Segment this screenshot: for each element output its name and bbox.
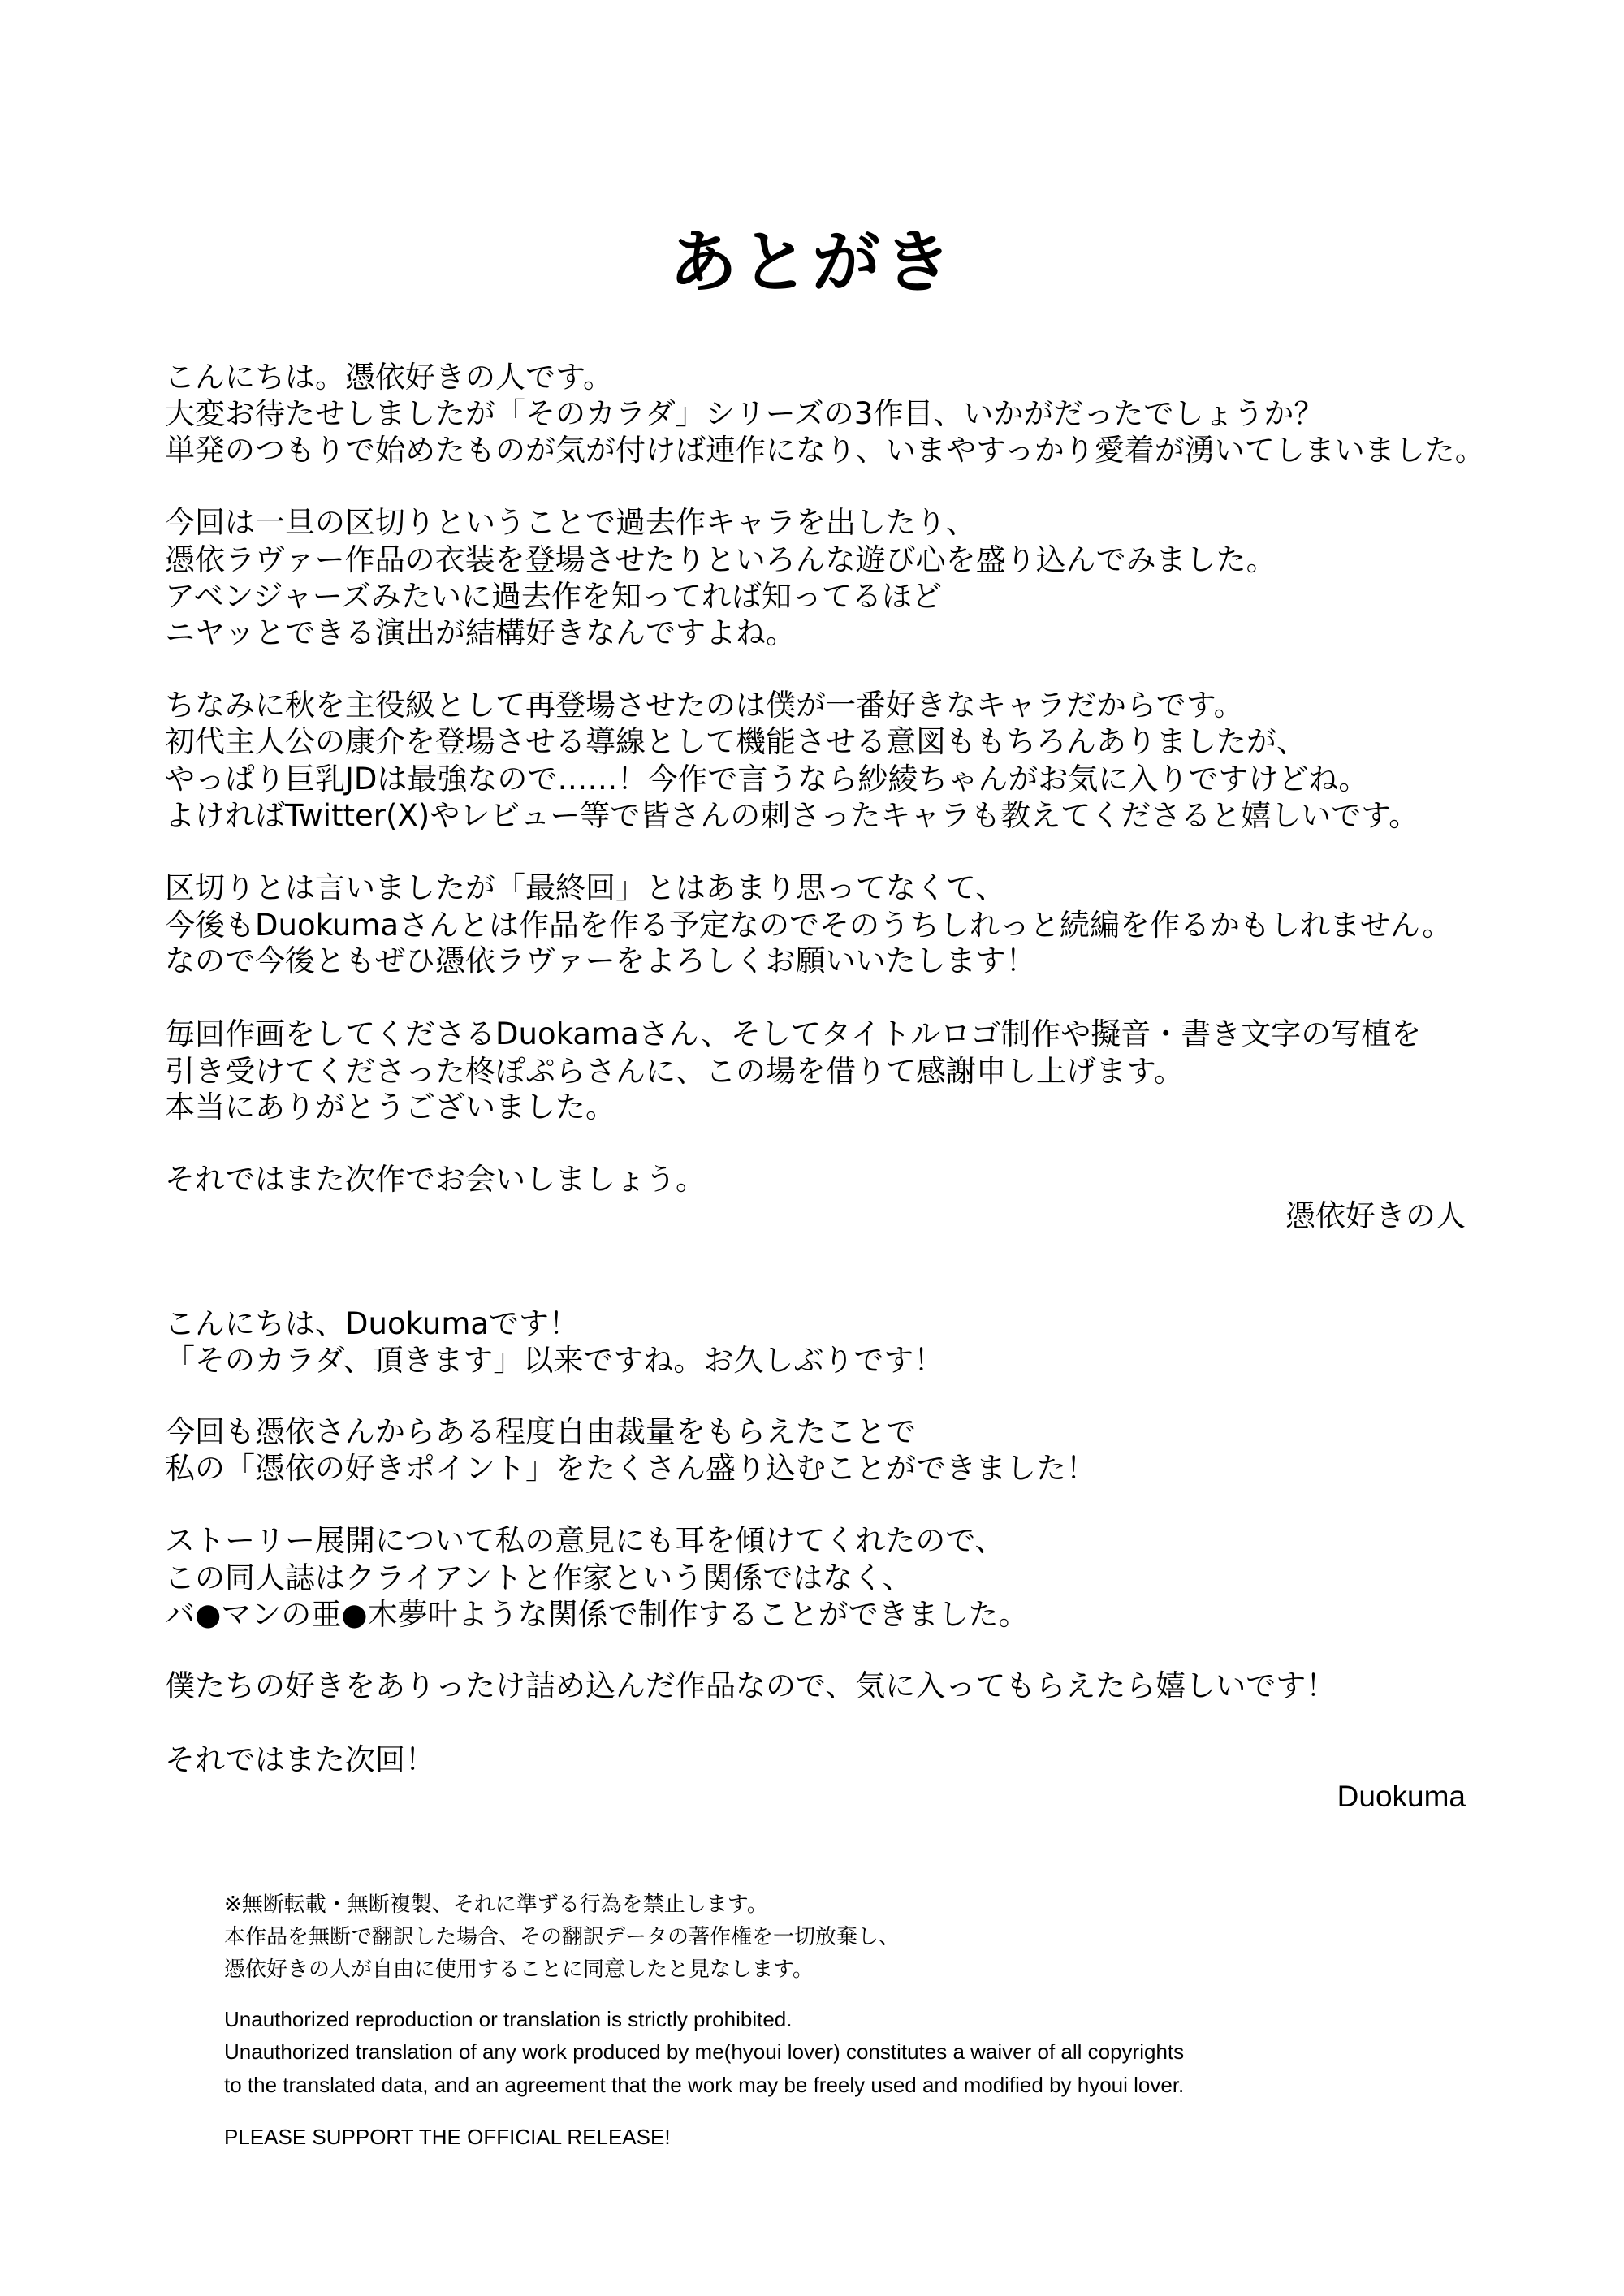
text-line: それではまた次作でお会いしましょう。 bbox=[165, 1161, 706, 1198]
text-line: 私の「憑依の好きポイント」をたくさん盛り込むことができました！ bbox=[165, 1450, 1096, 1487]
notice-jp-line: 憑依好きの人が自由に使用することに同意したと見なします。 bbox=[224, 1953, 814, 1986]
text-line: アベンジャーズみたいに過去作を知ってれば知ってるほど bbox=[165, 578, 942, 615]
text-line: 引き受けてくださった柊ぽぷらさんに、この場を借りて感謝申し上げます。 bbox=[165, 1053, 1184, 1090]
text-line: 今回は一旦の区切りということで過去作キャラを出したり、 bbox=[165, 504, 976, 542]
text-line: やっぱり巨乳JDは最強なので……！今作で言うなら紗綾ちゃんがお気に入りですけどね… bbox=[165, 761, 1368, 798]
text-line: なので今後ともぜひ憑依ラヴァーをよろしくお願いいたします！ bbox=[165, 943, 1036, 980]
text-line: ストーリー展開について私の意見にも耳を傾けてくれたので、 bbox=[165, 1522, 1005, 1560]
notice-en-line: Unauthorized reproduction or translation… bbox=[224, 2003, 792, 2035]
text-line: 今後もDuokumaさんとは作品を作る予定なのでそのうちしれっと続編を作るかもし… bbox=[165, 907, 1452, 944]
text-line: 初代主人公の康介を登場させる導線として機能させる意図ももちろんありましたが、 bbox=[165, 723, 1307, 761]
text-line: 「そのカラダ、頂きます」以来ですね。お久しぶりです！ bbox=[165, 1342, 944, 1379]
notice-en-line: Unauthorized translation of any work pro… bbox=[224, 2035, 1184, 2068]
text-line: 単発のつもりで始めたものが気が付けば連作になり、いまやすっかり愛着が湧いてしまい… bbox=[165, 432, 1485, 469]
text-line: こんにちは、Duokumaです！ bbox=[165, 1306, 579, 1343]
text-line: 僕たちの好きをありったけ詰め込んだ作品なので、気に入ってもらえたら嬉しいです！ bbox=[165, 1668, 1336, 1705]
text-line: 大変お待たせしましたが「そのカラダ」シリーズの3作目、いかがだったでしょうか？ bbox=[165, 395, 1324, 433]
text-line: こんにちは。憑依好きの人です。 bbox=[165, 359, 613, 396]
author-signature: 憑依好きの人 bbox=[1285, 1198, 1466, 1235]
text-line: 本当にありがとうございました。 bbox=[165, 1089, 615, 1126]
text-line: バ●マンの亜●木夢叶ような関係で制作することができました。 bbox=[165, 1596, 1029, 1634]
text-line: ニヤッとできる演出が結構好きなんですよね。 bbox=[165, 615, 796, 652]
text-line: この同人誌はクライアントと作家という関係ではなく、 bbox=[165, 1560, 913, 1597]
notice-en-line: to the translated data, and an agreement… bbox=[224, 2069, 1184, 2101]
text-line: 毎回作画をしてくださるDuokamaさん、そしてタイトルロゴ制作や擬音・書き文字… bbox=[165, 1016, 1421, 1053]
artist-signature: Duokuma bbox=[1337, 1778, 1466, 1815]
notice-jp-line: ※無断転載・無断複製、それに準ずる行為を禁止します。 bbox=[224, 1888, 768, 1921]
page-title: あとがき bbox=[0, 218, 1624, 307]
text-line: よければTwitter(X)やレビュー等で皆さんの刺さったキャラも教えてくださる… bbox=[165, 797, 1419, 835]
text-line: 区切りとは言いましたが「最終回」とはあまり思ってなくて、 bbox=[165, 870, 1005, 907]
support-message: PLEASE SUPPORT THE OFFICIAL RELEASE! bbox=[224, 2121, 671, 2153]
text-line: 今回も憑依さんからある程度自由裁量をもらえたことで bbox=[165, 1413, 916, 1451]
text-line: 憑依ラヴァー作品の衣装を登場させたりといろんな遊び心を盛り込んでみました。 bbox=[165, 542, 1276, 579]
text-line: それではまた次回！ bbox=[165, 1741, 435, 1779]
text-line: ちなみに秋を主役級として再登場させたのは僕が一番好きなキャラだからです。 bbox=[165, 687, 1244, 724]
notice-jp-line: 本作品を無断で翻訳した場合、その翻訳データの著作権を一切放棄し、 bbox=[224, 1921, 900, 1953]
